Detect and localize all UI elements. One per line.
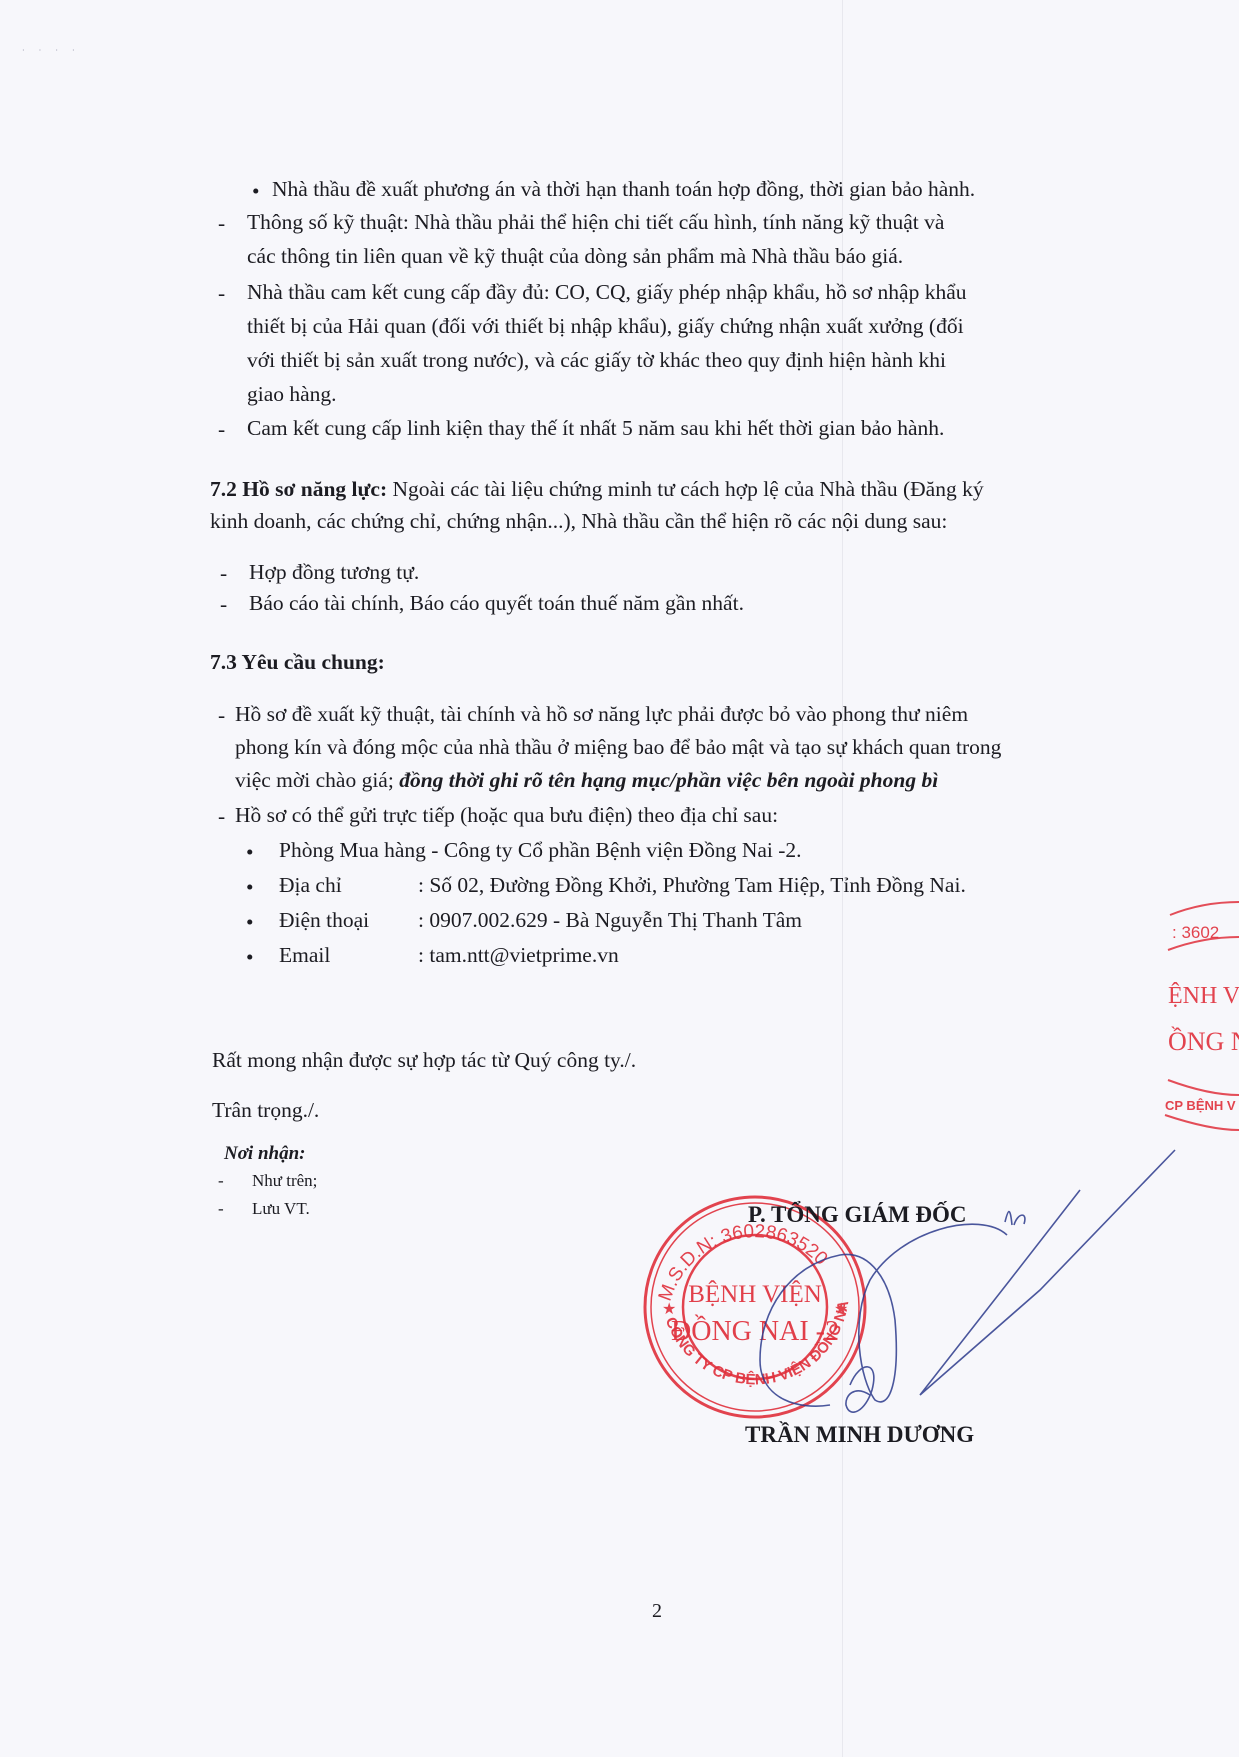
margin-stamp-text-2: ỆNH VI <box>1168 983 1239 1009</box>
margin-stamp-text-4: CP BỆNH V <box>1165 1098 1236 1113</box>
margin-stamp-text-3: ỒNG N <box>1168 1027 1239 1056</box>
margin-stamp-fragment: : 3602 ỆNH VI ỒNG N CP BỆNH V <box>0 0 1239 1757</box>
document-page: · · · · • Nhà thầu đề xuất phương án và … <box>0 0 1239 1757</box>
page-number: 2 <box>652 1600 662 1623</box>
margin-stamp-text-1: : 3602 <box>1172 923 1219 942</box>
